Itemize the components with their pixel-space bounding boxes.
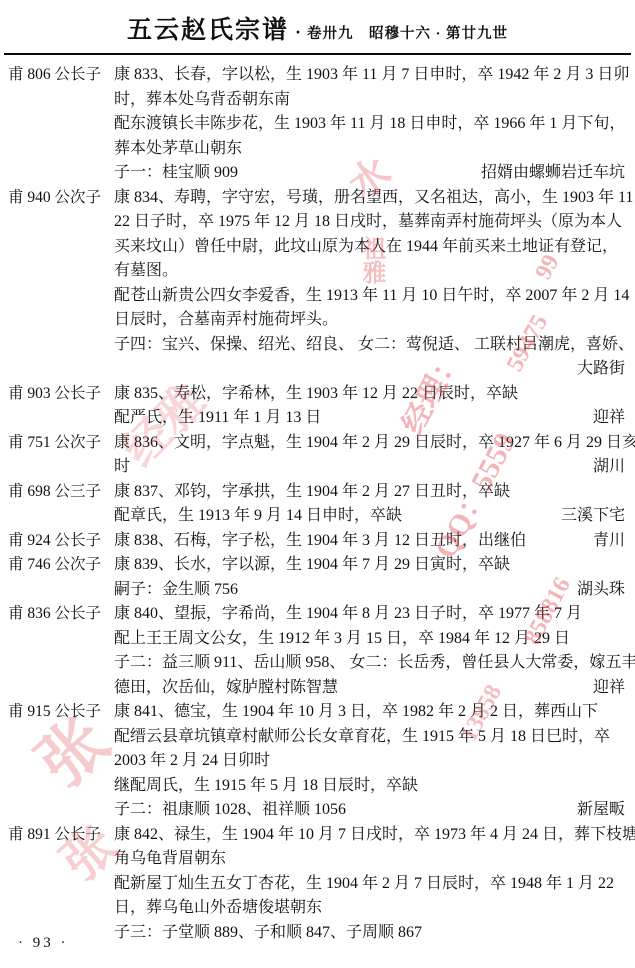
entry-label: 甫 698 公三子: [8, 480, 114, 505]
line-right-note: 湖头珠: [569, 578, 625, 603]
entry-label: 甫 924 公长子: [8, 529, 114, 554]
entry-line: 康 836、文明，字点魁，生 1904 年 2 月 29 日辰时，卒 1927 …: [114, 431, 625, 456]
entry-row: 甫 746 公次子康 839、长水，字以源，生 1904 年 7 月 29 日寅…: [8, 553, 625, 602]
line-text: 康 841、德宝，生 1904 年 10 月 3 日，卒 1982 年 2 月 …: [114, 700, 598, 725]
entry-line: 日，葬乌龟山外岙塘俊堪朝东: [114, 896, 625, 921]
entry-row: 甫 698 公三子康 837、邓钧，字承拱，生 1904 年 2 月 27 日丑…: [8, 480, 625, 529]
line-text: 德田，次岳仙，嫁胪膛村陈智慧: [114, 676, 338, 701]
entry-row: 甫 836 公长子康 840、望振，字希尚，生 1904 年 8 月 23 日子…: [8, 602, 625, 700]
entry-row: 甫 940 公次子康 834、寿聘，字守宏，号璜，册名望西，又名祖达，高小，生 …: [8, 186, 625, 382]
entry-line: 康 842、禄生，生 1904 年 10 月 7 日戌时，卒 1973 年 4 …: [114, 823, 625, 848]
entry-line: 配新屋丁灿生五女丁杏花，生 1904 年 2 月 7 日辰时，卒 1948 年 …: [114, 872, 625, 897]
line-text: 有墓图。: [114, 259, 178, 284]
line-text: 子二：祖康顺 1028、祖祥顺 1056: [114, 798, 346, 823]
entry-line: 有墓图。: [114, 259, 625, 284]
line-text: 嗣子：金生顺 756: [114, 578, 238, 603]
line-text: 配缙云县章坑镇章村献师公长女章育花，生 1915 年 5 月 18 日巳时，卒: [114, 725, 610, 750]
entry-line: 子一：桂宝顺 909招婿由螺蛳岩迁车坑: [114, 161, 625, 186]
line-text: 继配周氏，生 1915 年 5 月 18 日辰时，卒缺: [114, 774, 418, 799]
entry-content: 康 841、德宝，生 1904 年 10 月 3 日，卒 1982 年 2 月 …: [114, 700, 625, 823]
entry-line: 继配周氏，生 1915 年 5 月 18 日辰时，卒缺: [114, 774, 625, 799]
entry-line: 葬本处茅草山朝东: [114, 137, 625, 162]
entry-content: 康 840、望振，字希尚，生 1904 年 8 月 23 日子时，卒 1977 …: [114, 602, 625, 700]
entry-label: 甫 751 公次子: [8, 431, 114, 456]
entry-line: 配严氏，生 1911 年 1 月 13 日迎祥: [114, 406, 625, 431]
entry-line: 买来坟山）曾任中尉，此坟山原为本人在 1944 年前买来土地证有登记，: [114, 235, 625, 260]
entry-line: 大路街: [114, 357, 625, 382]
entry-line: 康 840、望振，字希尚，生 1904 年 8 月 23 日子时，卒 1977 …: [114, 602, 625, 627]
entry-row: 甫 751 公次子康 836、文明，字点魁，生 1904 年 2 月 29 日辰…: [8, 431, 625, 480]
entry-label: 甫 746 公次子: [8, 553, 114, 578]
line-right-note: 迎祥: [585, 676, 625, 701]
line-right-note: 青川: [585, 529, 625, 554]
entry-line: 时湖川: [114, 455, 625, 480]
line-text: 配上王王周文公女，生 1912 年 3 月 15 日，卒 1984 年 12 月…: [114, 627, 570, 652]
entry-line: 康 839、长水，字以源，生 1904 年 7 月 29 日寅时，卒缺: [114, 553, 625, 578]
line-text: 22 日子时，卒 1975 年 12 月 18 日戌时，墓葬南弄村施荷坪头（原为…: [114, 210, 622, 235]
entry-content: 康 837、邓钧，字承拱，生 1904 年 2 月 27 日丑时，卒缺配章氏，生…: [114, 480, 625, 529]
entry-line: 配东渡镇长丰陈步花，生 1903 年 11 月 18 日申时，卒 1966 年 …: [114, 112, 625, 137]
entry-label: 甫 903 公长子: [8, 382, 114, 407]
line-text: 康 837、邓钧，字承拱，生 1904 年 2 月 27 日丑时，卒缺: [114, 480, 510, 505]
line-text: 配东渡镇长丰陈步花，生 1903 年 11 月 18 日申时，卒 1966 年 …: [114, 112, 625, 137]
entry-line: 康 833、长春，字以松，生 1903 年 11 月 7 日申时，卒 1942 …: [114, 63, 625, 88]
entry-content: 康 839、长水，字以源，生 1904 年 7 月 29 日寅时，卒缺嗣子：金生…: [114, 553, 625, 602]
entry-line: 配苍山新贵公四女李爱香，生 1913 年 11 月 10 日午时，卒 2007 …: [114, 284, 625, 309]
line-text: 时，葬本处乌背岙朝东南: [114, 88, 290, 113]
entry-label: 甫 940 公次子: [8, 186, 114, 211]
line-text: 角乌龟背眉朝东: [114, 847, 226, 872]
line-text: 康 838、石梅，字子松，生 1904 年 3 月 12 日丑时，出继伯: [114, 529, 526, 554]
line-text: 康 842、禄生，生 1904 年 10 月 7 日戌时，卒 1973 年 4 …: [114, 823, 635, 848]
entry-line: 时，葬本处乌背岙朝东南: [114, 88, 625, 113]
entry-content: 康 835、寿松，字希林，生 1903 年 12 月 22 日辰时，卒缺配严氏，…: [114, 382, 625, 431]
entry-line: 2003 年 2 月 24 日卯时: [114, 749, 625, 774]
page-subtitle: 卷卅九 昭穆十六 · 第廿九世: [307, 26, 508, 42]
line-text: 时: [114, 455, 130, 480]
line-text: 葬本处茅草山朝东: [114, 137, 242, 162]
genealogy-page: 五云赵氏宗谱·卷卅九 昭穆十六 · 第廿九世 甫 806 公长子康 833、长春…: [0, 0, 635, 968]
entry-line: 配章氏，生 1913 年 9 月 14 日申时，卒缺三溪下宅: [114, 504, 625, 529]
line-right-note: 三溪下宅: [553, 504, 625, 529]
line-text: 子一：桂宝顺 909: [114, 161, 238, 186]
line-right-note: 新屋畈: [569, 798, 625, 823]
genealogy-entries: 甫 806 公长子康 833、长春，字以松，生 1903 年 11 月 7 日申…: [0, 61, 635, 945]
entry-line: 康 841、德宝，生 1904 年 10 月 3 日，卒 1982 年 2 月 …: [114, 700, 625, 725]
line-text: 子二：益三顺 911、岳山顺 958、 女二：长岳秀，曾任县人大常委，嫁五丰陈: [114, 651, 635, 676]
entry-line: 配上王王周文公女，生 1912 年 3 月 15 日，卒 1984 年 12 月…: [114, 627, 625, 652]
entry-line: 嗣子：金生顺 756湖头珠: [114, 578, 625, 603]
entry-content: 康 838、石梅，字子松，生 1904 年 3 月 12 日丑时，出继伯青川: [114, 529, 625, 554]
line-text: 子四：宝兴、保操、绍光、绍良、 女二：莺倪适、 工联村吕潮虎，喜娇、: [114, 333, 634, 358]
line-text: 配严氏，生 1911 年 1 月 13 日: [114, 406, 321, 431]
entry-line: 康 834、寿聘，字守宏，号璜，册名望西，又名祖达，高小，生 1903 年 11…: [114, 186, 625, 211]
entry-line: 子三：子堂顺 889、子和顺 847、子周顺 867: [114, 921, 625, 946]
entry-line: 德田，次岳仙，嫁胪膛村陈智慧迎祥: [114, 676, 625, 701]
line-text: 2003 年 2 月 24 日卯时: [114, 749, 270, 774]
line-text: 康 834、寿聘，字守宏，号璜，册名望西，又名祖达，高小，生 1903 年 11…: [114, 186, 635, 211]
entry-content: 康 833、长春，字以松，生 1903 年 11 月 7 日申时，卒 1942 …: [114, 63, 625, 186]
line-text: 买来坟山）曾任中尉，此坟山原为本人在 1944 年前买来土地证有登记，: [114, 235, 618, 260]
line-right-note: 湖川: [585, 455, 625, 480]
entry-line: 康 837、邓钧，字承拱，生 1904 年 2 月 27 日丑时，卒缺: [114, 480, 625, 505]
entry-line: 康 835、寿松，字希林，生 1903 年 12 月 22 日辰时，卒缺: [114, 382, 625, 407]
entry-line: 子二：益三顺 911、岳山顺 958、 女二：长岳秀，曾任县人大常委，嫁五丰陈: [114, 651, 625, 676]
entry-content: 康 834、寿聘，字守宏，号璜，册名望西，又名祖达，高小，生 1903 年 11…: [114, 186, 625, 382]
line-text: 配苍山新贵公四女李爱香，生 1913 年 11 月 10 日午时，卒 2007 …: [114, 284, 629, 309]
line-text: 康 839、长水，字以源，生 1904 年 7 月 29 日寅时，卒缺: [114, 553, 510, 578]
entry-line: 配缙云县章坑镇章村献师公长女章育花，生 1915 年 5 月 18 日巳时，卒: [114, 725, 625, 750]
line-text: 配新屋丁灿生五女丁杏花，生 1904 年 2 月 7 日辰时，卒 1948 年 …: [114, 872, 614, 897]
entry-content: 康 836、文明，字点魁，生 1904 年 2 月 29 日辰时，卒 1927 …: [114, 431, 625, 480]
entry-label: 甫 806 公长子: [8, 63, 114, 88]
entry-label: 甫 915 公长子: [8, 700, 114, 725]
entry-row: 甫 806 公长子康 833、长春，字以松，生 1903 年 11 月 7 日申…: [8, 63, 625, 186]
entry-line: 角乌龟背眉朝东: [114, 847, 625, 872]
line-text: 配章氏，生 1913 年 9 月 14 日申时，卒缺: [114, 504, 402, 529]
entry-line: 22 日子时，卒 1975 年 12 月 18 日戌时，墓葬南弄村施荷坪头（原为…: [114, 210, 625, 235]
entry-row: 甫 924 公长子康 838、石梅，字子松，生 1904 年 3 月 12 日丑…: [8, 529, 625, 554]
entry-line: 日辰时，合墓南弄村施荷坪头。: [114, 308, 625, 333]
entry-label: 甫 836 公长子: [8, 602, 114, 627]
title-separator: ·: [289, 22, 307, 42]
line-text: 康 836、文明，字点魁，生 1904 年 2 月 29 日辰时，卒 1927 …: [114, 431, 635, 456]
page-header: 五云赵氏宗谱·卷卅九 昭穆十六 · 第廿九世: [0, 0, 635, 46]
entry-line: 康 838、石梅，字子松，生 1904 年 3 月 12 日丑时，出继伯青川: [114, 529, 625, 554]
line-text: 日辰时，合墓南弄村施荷坪头。: [114, 308, 338, 333]
line-text: 康 833、长春，字以松，生 1903 年 11 月 7 日申时，卒 1942 …: [114, 63, 629, 88]
page-title: 五云赵氏宗谱: [127, 17, 289, 44]
entry-label: 甫 891 公长子: [8, 823, 114, 848]
entry-content: 康 842、禄生，生 1904 年 10 月 7 日戌时，卒 1973 年 4 …: [114, 823, 625, 946]
line-right-note: 招婿由螺蛳岩迁车坑: [473, 161, 625, 186]
page-footer: · 93 ·: [18, 935, 69, 952]
page-number: · 93 ·: [18, 935, 69, 951]
entry-line: 子二：祖康顺 1028、祖祥顺 1056新屋畈: [114, 798, 625, 823]
line-text: 子三：子堂顺 889、子和顺 847、子周顺 867: [114, 921, 422, 946]
line-text: 康 835、寿松，字希林，生 1903 年 12 月 22 日辰时，卒缺: [114, 382, 518, 407]
entry-row: 甫 915 公长子康 841、德宝，生 1904 年 10 月 3 日，卒 19…: [8, 700, 625, 823]
entry-line: 子四：宝兴、保操、绍光、绍良、 女二：莺倪适、 工联村吕潮虎，喜娇、: [114, 333, 625, 358]
line-text: 日，葬乌龟山外岙塘俊堪朝东: [114, 896, 322, 921]
header-divider: [4, 53, 631, 55]
line-right-note: 迎祥: [585, 406, 625, 431]
entry-row: 甫 891 公长子康 842、禄生，生 1904 年 10 月 7 日戌时，卒 …: [8, 823, 625, 946]
line-text: 康 840、望振，字希尚，生 1904 年 8 月 23 日子时，卒 1977 …: [114, 602, 582, 627]
entry-row: 甫 903 公长子康 835、寿松，字希林，生 1903 年 12 月 22 日…: [8, 382, 625, 431]
line-right-note: 大路街: [569, 357, 625, 382]
